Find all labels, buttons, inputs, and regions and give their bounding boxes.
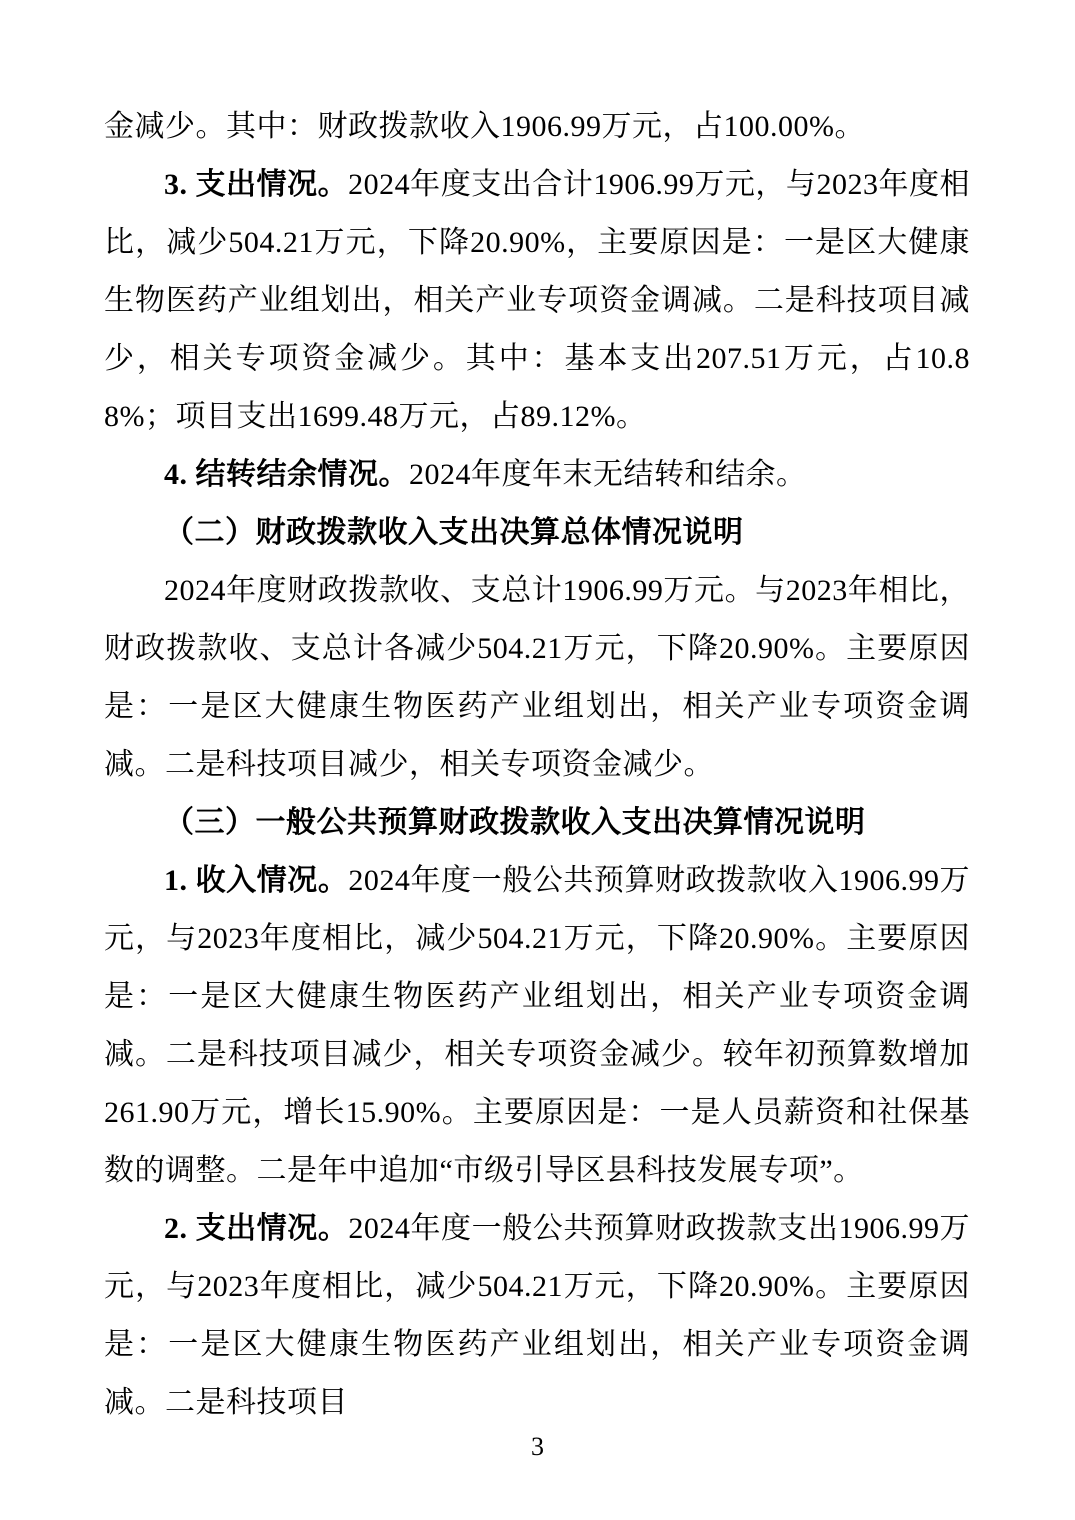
paragraph-lead: 1. 收入情况。 [164,864,348,897]
paragraph-expenditure: 3. 支出情况。2024年度支出合计1906.99万元，与2023年度相比，减少… [104,156,970,446]
document-page: 金减少。其中：财政拨款收入1906.99万元，占100.00%。 3. 支出情况… [0,0,1075,1520]
paragraph-text: 2024年度一般公共预算财政拨款收入1906.99万元，与2023年度相比，减少… [104,864,970,1187]
section-heading-2: （二）财政拨款收入支出决算总体情况说明 [104,504,970,562]
heading-text: （三）一般公共预算财政拨款收入支出决算情况说明 [164,806,866,839]
paragraph-text: 金减少。其中：财政拨款收入1906.99万元，占100.00%。 [104,110,865,143]
paragraph-budget-expenditure: 2. 支出情况。2024年度一般公共预算财政拨款支出1906.99万元，与202… [104,1200,970,1432]
paragraph-income: 1. 收入情况。2024年度一般公共预算财政拨款收入1906.99万元，与202… [104,852,970,1200]
document-body: 金减少。其中：财政拨款收入1906.99万元，占100.00%。 3. 支出情况… [104,98,970,1432]
page-footer: 3 [0,1430,1075,1464]
page-number: 3 [531,1432,544,1461]
paragraph-carryover: 4. 结转结余情况。2024年度年末无结转和结余。 [104,446,970,504]
paragraph-text: 2024年度支出合计1906.99万元，与2023年度相比，减少504.21万元… [104,168,970,433]
paragraph-fiscal-total: 2024年度财政拨款收、支总计1906.99万元。与2023年相比，财政拨款收、… [104,562,970,794]
paragraph-text: 2024年度年末无结转和结余。 [409,458,807,491]
heading-text: （二）财政拨款收入支出决算总体情况说明 [164,516,744,549]
paragraph-lead: 3. 支出情况。 [164,168,348,201]
paragraph-lead: 4. 结转结余情况。 [164,458,409,491]
paragraph-text: 2024年度财政拨款收、支总计1906.99万元。与2023年相比，财政拨款收、… [104,574,970,781]
paragraph-continuation: 金减少。其中：财政拨款收入1906.99万元，占100.00%。 [104,98,970,156]
paragraph-lead: 2. 支出情况。 [164,1212,348,1245]
section-heading-3: （三）一般公共预算财政拨款收入支出决算情况说明 [104,794,970,852]
